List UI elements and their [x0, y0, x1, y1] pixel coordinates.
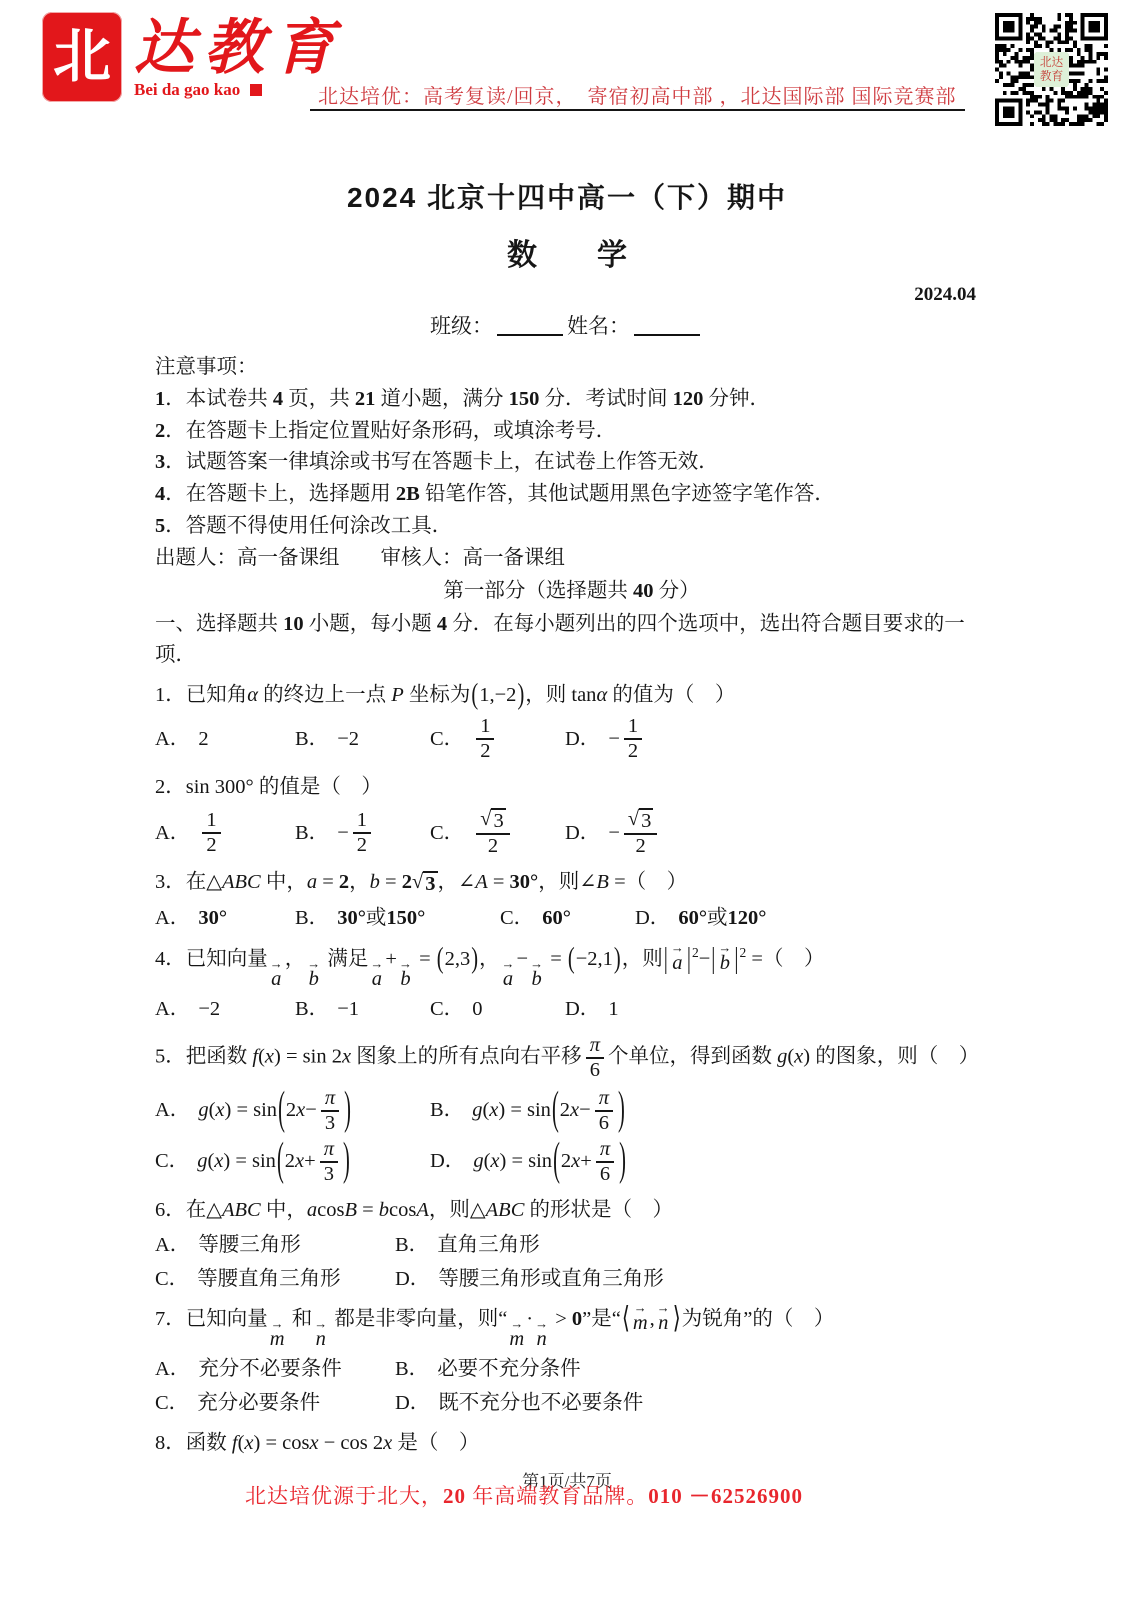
math-text: 7．已知向量 — [155, 1308, 268, 1330]
vector: →n — [314, 1321, 327, 1350]
part1-heading: 第一部分（选择题共 40 分） — [155, 576, 988, 607]
qr-module — [1065, 95, 1069, 99]
option-value: 1 — [608, 994, 618, 1025]
qr-module — [1026, 71, 1030, 75]
option-C: C．0 — [430, 994, 565, 1025]
math-variable: π — [324, 1138, 334, 1160]
superscript: 2 — [692, 945, 699, 960]
bold-text: 20 — [443, 1484, 466, 1508]
qr-module — [1065, 107, 1069, 111]
qr-module — [1057, 17, 1061, 21]
notice-item-1: 1．本试卷共 4 页，共 21 道小题，满分 150 分．考试时间 120 分钟… — [155, 384, 988, 415]
qr-module — [1007, 48, 1011, 52]
brand-script-text: 达教育 — [134, 12, 344, 84]
math-variable: x — [214, 1146, 223, 1177]
qr-module — [1042, 87, 1046, 91]
math-text: 3．在△ — [155, 871, 222, 893]
denominator: 6 — [586, 1059, 604, 1082]
qr-module — [1053, 122, 1057, 126]
header-divider — [310, 109, 965, 111]
math-text: 直角三角形 — [437, 1230, 540, 1261]
math-variable: x — [309, 1432, 318, 1454]
option-C: C．等腰直角三角形 — [155, 1264, 395, 1295]
bracket-group: (2x+π6) — [552, 1138, 627, 1186]
qr-module — [1003, 107, 1015, 119]
math-text: − — [337, 818, 349, 849]
math-variable: g — [472, 1095, 482, 1126]
numerator: π — [595, 1087, 613, 1112]
vector-letter: n — [658, 1313, 668, 1334]
qr-module — [1046, 110, 1050, 114]
bold-text: 30° — [198, 903, 227, 934]
option-value: −1 — [337, 994, 359, 1025]
option-A: A．等腰三角形 — [155, 1230, 395, 1261]
qr-module — [1065, 36, 1069, 40]
option-value: −2 — [337, 724, 359, 755]
close-bracket: ) — [613, 937, 622, 982]
qr-module — [1104, 114, 1108, 118]
question-stem: 1．已知角α 的终边上一点 P 坐标为(1,−2)，则 tanα 的值为（ ） — [155, 680, 988, 711]
qr-module — [1065, 118, 1069, 122]
qr-module — [999, 44, 1003, 48]
math-variable: x — [490, 1146, 499, 1177]
bold-text: 2 — [339, 871, 349, 893]
denominator: 2 — [476, 835, 510, 858]
qr-module — [1100, 52, 1104, 56]
bold-text: 4 — [273, 388, 283, 410]
seal-character: 北 — [53, 28, 111, 86]
option-label: B． — [295, 994, 329, 1025]
qr-module — [1003, 44, 1007, 48]
qr-module — [1085, 83, 1089, 87]
qr-module — [1018, 60, 1022, 64]
math-text: 2 — [560, 1095, 570, 1126]
qr-module — [1026, 110, 1030, 114]
fraction: 12 — [353, 809, 371, 857]
qr-code-icon: 北达教育 — [995, 13, 1108, 126]
qr-module — [1022, 75, 1026, 79]
vector: →b — [307, 961, 320, 990]
qr-module — [1096, 110, 1100, 114]
fraction: √32 — [476, 808, 510, 859]
math-text: 或 — [366, 903, 387, 934]
math-variable: A — [475, 871, 488, 893]
qr-module — [1014, 91, 1018, 95]
bold-text: 0 — [572, 1308, 582, 1330]
question-options: A．12B．−12C．√32D．−√32 — [155, 808, 988, 859]
qr-module — [1077, 52, 1081, 56]
qr-module — [1007, 71, 1011, 75]
bold-text: 2 — [402, 871, 412, 893]
qr-module — [1026, 17, 1030, 21]
denominator: 2 — [624, 835, 658, 858]
numerator: 1 — [202, 809, 220, 834]
open-bracket: ( — [552, 1127, 561, 1196]
option-value: −√32 — [608, 808, 661, 859]
qr-module — [1053, 114, 1057, 118]
math-text: ) 的图象，则（ ） — [803, 1046, 979, 1068]
qr-module — [1050, 99, 1054, 103]
option-C: C．g(x) = sin(2x+π3) — [155, 1138, 430, 1186]
footer: 第1页/共7页 北达培优源于北大，20 年高端教育品牌。010 －6252690… — [0, 1460, 1134, 1530]
vector-letter: b — [720, 953, 730, 974]
qr-module — [1046, 44, 1050, 48]
qr-module — [1104, 91, 1108, 95]
close-bracket: | — [733, 937, 739, 982]
bold-text: 3 — [155, 451, 165, 473]
vector: →m — [270, 1321, 285, 1350]
math-text: 2 — [198, 724, 208, 755]
qr-module — [1096, 68, 1100, 72]
qr-module — [1042, 118, 1046, 122]
qr-module — [1069, 60, 1073, 64]
math-text: + — [304, 1146, 316, 1177]
math-variable: π — [600, 1138, 610, 1160]
question-options: A．−2B．−1C．0D．1 — [155, 994, 988, 1025]
vector-letter: b — [400, 969, 410, 990]
math-text: ， — [285, 948, 306, 970]
bracket-group: (−2,1) — [567, 944, 622, 975]
math-variable: B — [344, 1199, 357, 1221]
option-value: −12 — [337, 809, 375, 857]
qr-module — [1085, 103, 1089, 107]
qr-module — [1030, 36, 1034, 40]
qr-module — [1046, 122, 1050, 126]
open-bracket: ⟨ — [621, 1297, 631, 1342]
question-options: A．g(x) = sin(2x−π3)B．g(x) = sin(2x−π6)C．… — [155, 1087, 988, 1186]
math-text: 6 — [599, 1112, 609, 1134]
math-text: 8．函数 — [155, 1432, 232, 1454]
bold-text: 3 — [425, 873, 435, 895]
math-text: 5．把函数 — [155, 1046, 252, 1068]
math-text: ．在答题卡上，选择题用 — [165, 483, 396, 505]
qr-module — [1092, 107, 1096, 111]
qr-module — [1026, 36, 1030, 40]
option-label: D． — [565, 724, 600, 755]
vector-letter: m — [633, 1313, 648, 1334]
questions-list: 1．已知角α 的终边上一点 P 坐标为(1,−2)，则 tanα 的值为（ ）A… — [155, 680, 988, 1459]
math-text: 4．已知向量 — [155, 948, 268, 970]
math-text: 一、选择题共 — [155, 613, 283, 635]
qr-module — [1081, 122, 1085, 126]
math-text: 6 — [590, 1059, 600, 1081]
option-label: D． — [395, 1264, 430, 1295]
fraction: 12 — [202, 809, 220, 857]
math-text: 1 — [206, 809, 216, 831]
option-label: B． — [295, 818, 329, 849]
option-value: 60°或120° — [678, 903, 766, 934]
qr-module — [1046, 103, 1050, 107]
numerator: 1 — [624, 715, 642, 740]
qr-module — [1030, 17, 1034, 21]
option-label: A． — [155, 903, 190, 934]
option-B: B．−2 — [295, 724, 430, 755]
denominator: 6 — [596, 1163, 614, 1186]
qr-module — [1089, 87, 1093, 91]
qr-module — [1030, 68, 1034, 72]
math-variable: B — [596, 871, 609, 893]
qr-module — [1077, 71, 1081, 75]
option-label: A． — [155, 994, 190, 1025]
qr-module — [1022, 83, 1026, 87]
vector: →a — [502, 961, 515, 990]
math-text: − — [579, 1095, 591, 1126]
math-text: −1 — [337, 994, 359, 1025]
math-text: ．试题答案一律填涂或书写在答题卡上，在试卷上作答无效． — [165, 451, 719, 473]
qr-module — [1104, 107, 1108, 111]
qr-module — [1018, 75, 1022, 79]
option-C: C．60° — [500, 903, 635, 934]
qr-module — [1026, 75, 1030, 79]
math-variable: P — [391, 684, 404, 706]
brand-wordmark: 达教育 Bei da gao kao — [134, 12, 344, 100]
math-text: + — [580, 1146, 592, 1177]
math-text: · — [526, 1308, 533, 1330]
math-text: 分钟． — [703, 388, 770, 410]
math-variable: π — [325, 1087, 335, 1109]
qr-module — [1050, 29, 1054, 33]
qr-module — [1089, 56, 1093, 60]
math-text: 1．已知角 — [155, 684, 247, 706]
bold-text: 30° — [510, 871, 539, 893]
math-text: = — [488, 871, 510, 893]
option-D: D．g(x) = sin(2x+π6) — [430, 1138, 988, 1186]
notice-item-5: 5．答题不得使用任何涂改工具． — [155, 511, 988, 542]
qr-module — [1096, 95, 1100, 99]
qr-module — [995, 44, 999, 48]
qr-module — [1065, 32, 1069, 36]
math-text: ) = sin — [225, 1095, 278, 1126]
math-variable: ABC — [222, 1199, 261, 1221]
option-B: B．−1 — [295, 994, 430, 1025]
bold-text: 10 — [283, 613, 304, 635]
option-A: A．g(x) = sin(2x−π3) — [155, 1087, 430, 1135]
math-text: 满足 — [322, 948, 368, 970]
qr-module — [1069, 25, 1073, 29]
option-A: A．−2 — [155, 994, 295, 1025]
bracket-group: (2x−π3) — [277, 1087, 352, 1135]
fraction: 12 — [624, 715, 642, 763]
math-text: 等腰三角形或直角三角形 — [438, 1264, 664, 1295]
bold-text: 2 — [155, 420, 165, 442]
option-value: 60° — [542, 903, 571, 934]
math-text: ，则 — [622, 948, 663, 970]
bold-text: 4 — [155, 483, 165, 505]
math-text: ) = cos — [254, 1432, 310, 1454]
option-label: A． — [155, 818, 190, 849]
qr-module — [1065, 40, 1069, 44]
close-bracket: ) — [342, 1127, 351, 1196]
qr-module — [1042, 36, 1046, 40]
qr-module — [1104, 79, 1108, 83]
numerator: 1 — [476, 715, 494, 740]
bold-text: 1 — [155, 388, 165, 410]
math-text: 是（ ） — [392, 1432, 479, 1454]
close-bracket: | — [686, 937, 692, 982]
vector-letter: b — [531, 969, 541, 990]
qr-module — [1057, 122, 1061, 126]
fraction: √32 — [624, 808, 658, 859]
qr-module — [1007, 60, 1011, 64]
qr-module — [1081, 71, 1085, 75]
qr-module — [1030, 95, 1034, 99]
math-text: = — [380, 871, 402, 893]
qr-module — [1007, 83, 1011, 87]
qr-module — [1073, 87, 1077, 91]
math-variable: x — [215, 1095, 224, 1126]
qr-module — [1081, 114, 1085, 118]
bracket-group: |→a| — [663, 944, 692, 975]
numerator: √3 — [476, 808, 510, 836]
math-text: ，则∠ — [538, 871, 596, 893]
bold-text: 150° — [386, 903, 425, 934]
radicand: 3 — [423, 871, 437, 897]
qr-module — [1034, 40, 1038, 44]
qr-module — [1069, 71, 1073, 75]
qr-module — [1061, 107, 1065, 111]
qr-module — [1069, 95, 1073, 99]
qr-module — [1073, 79, 1077, 83]
qr-module — [1085, 87, 1089, 91]
qr-module — [1061, 118, 1065, 122]
option-A: A．30° — [155, 903, 295, 934]
qr-module — [1085, 91, 1089, 95]
exam-title: 2024 北京十四中高一（下）期中 — [0, 176, 1134, 216]
question-options: A．充分不必要条件B．必要不充分条件C．充分必要条件D．既不充分也不必要条件 — [155, 1354, 988, 1419]
math-text: =（ ） — [609, 871, 687, 893]
qr-module — [1089, 79, 1093, 83]
math-text: − — [699, 948, 711, 970]
option-A: A．充分不必要条件 — [155, 1354, 395, 1385]
qr-module — [1030, 114, 1034, 118]
option-label: A． — [155, 1230, 190, 1261]
qr-module — [1069, 79, 1073, 83]
qr-module — [1050, 48, 1054, 52]
qr-module — [1014, 60, 1018, 64]
math-variable: g — [198, 1095, 208, 1126]
vector: →m — [633, 1305, 648, 1334]
qr-module — [1003, 52, 1007, 56]
radicand: 3 — [491, 808, 505, 834]
option-A: A．2 — [155, 724, 295, 755]
denominator: 3 — [320, 1163, 338, 1186]
question-options: A．30°B．30°或150°C．60°D．60°或120° — [155, 903, 988, 934]
option-label: D． — [565, 818, 600, 849]
fraction: π3 — [320, 1138, 338, 1186]
qr-module — [1081, 64, 1085, 68]
notice-item-2: 2．在答题卡上指定位置贴好条形码，或填涂考号． — [155, 416, 988, 447]
close-bracket: ) — [470, 937, 479, 982]
exam-page: 北 达教育 Bei da gao kao 北达培优：高考复读/回京， 寄宿初高中… — [0, 0, 1134, 1606]
math-text: 2 — [480, 740, 490, 762]
qr-module — [1042, 114, 1046, 118]
math-text: + — [385, 948, 397, 970]
option-A: A．12 — [155, 809, 295, 857]
math-text: 6．在△ — [155, 1199, 222, 1221]
option-D: D．既不充分也不必要条件 — [395, 1388, 988, 1419]
option-B: B．必要不充分条件 — [395, 1354, 988, 1385]
math-text: = — [545, 948, 567, 970]
vector: →n — [535, 1321, 548, 1350]
question-3: 3．在△ABC 中，a = 2，b = 2√3，∠A = 30°，则∠B =（ … — [155, 867, 988, 934]
math-variable: x — [296, 1095, 305, 1126]
qr-module — [1104, 56, 1108, 60]
qr-module — [1038, 110, 1042, 114]
qr-module — [1026, 56, 1030, 60]
question-stem: 8．函数 f(x) = cosx − cos 2x 是（ ） — [155, 1428, 988, 1459]
qr-module — [1026, 48, 1030, 52]
math-variable: A — [416, 1199, 429, 1221]
bracket-group: |→b| — [710, 944, 739, 975]
qr-module — [1046, 107, 1050, 111]
bold-text: 21 — [355, 388, 376, 410]
math-text: cos — [317, 1199, 344, 1221]
vector-letter: b — [309, 969, 319, 990]
qr-module — [1034, 44, 1038, 48]
math-text: ，∠ — [438, 871, 476, 893]
qr-module — [1104, 99, 1108, 103]
qr-module — [1038, 36, 1042, 40]
vector: →b — [718, 945, 731, 974]
qr-module — [1030, 52, 1034, 56]
math-text: − cos 2 — [319, 1432, 384, 1454]
option-label: A． — [155, 1354, 190, 1385]
option-label: C． — [430, 994, 464, 1025]
qr-module — [1069, 21, 1073, 25]
vector: →m — [509, 1321, 524, 1350]
math-text: 6 — [600, 1163, 610, 1185]
qr-module — [1065, 110, 1069, 114]
qr-module — [1034, 25, 1038, 29]
qr-module — [1050, 87, 1054, 91]
qr-module — [1096, 56, 1100, 60]
numerator: π — [320, 1138, 338, 1163]
qr-module — [1022, 87, 1026, 91]
bracket-group: (2x−π6) — [551, 1087, 626, 1135]
qr-module — [999, 48, 1003, 52]
qr-module — [1053, 25, 1057, 29]
qr-module — [1026, 21, 1030, 25]
qr-module — [1026, 99, 1030, 103]
math-text: 小题，每小题 — [304, 613, 437, 635]
option-C: C．充分必要条件 — [155, 1388, 395, 1419]
qr-module — [1030, 29, 1034, 33]
qr-module — [1077, 114, 1081, 118]
math-text: 2 — [285, 1146, 295, 1177]
question-4: 4．已知向量→a，→b 满足→a+→b = (2,3)，→a−→b = (−2,… — [155, 943, 988, 1025]
option-value: 既不充分也不必要条件 — [438, 1388, 643, 1419]
math-text: 3 — [493, 810, 503, 832]
open-bracket: ( — [470, 673, 479, 718]
option-D: D．等腰三角形或直角三角形 — [395, 1264, 988, 1295]
qr-module — [1042, 103, 1046, 107]
math-text: 3 — [325, 1112, 335, 1134]
qr-module — [999, 71, 1003, 75]
math-text: 2．sin 300° 的值是（ ） — [155, 776, 382, 798]
qr-module — [1077, 48, 1081, 52]
qr-module — [1089, 48, 1093, 52]
fraction: π6 — [596, 1138, 614, 1186]
qr-module — [1081, 95, 1085, 99]
math-text: −2,1 — [576, 944, 613, 975]
numerator: 1 — [353, 809, 371, 834]
qr-module — [1003, 21, 1015, 33]
vector-letter: a — [271, 969, 281, 990]
qr-module — [1022, 60, 1026, 64]
qr-module — [1065, 21, 1069, 25]
math-text: 1,−2 — [479, 680, 516, 711]
qr-module — [1034, 32, 1038, 36]
